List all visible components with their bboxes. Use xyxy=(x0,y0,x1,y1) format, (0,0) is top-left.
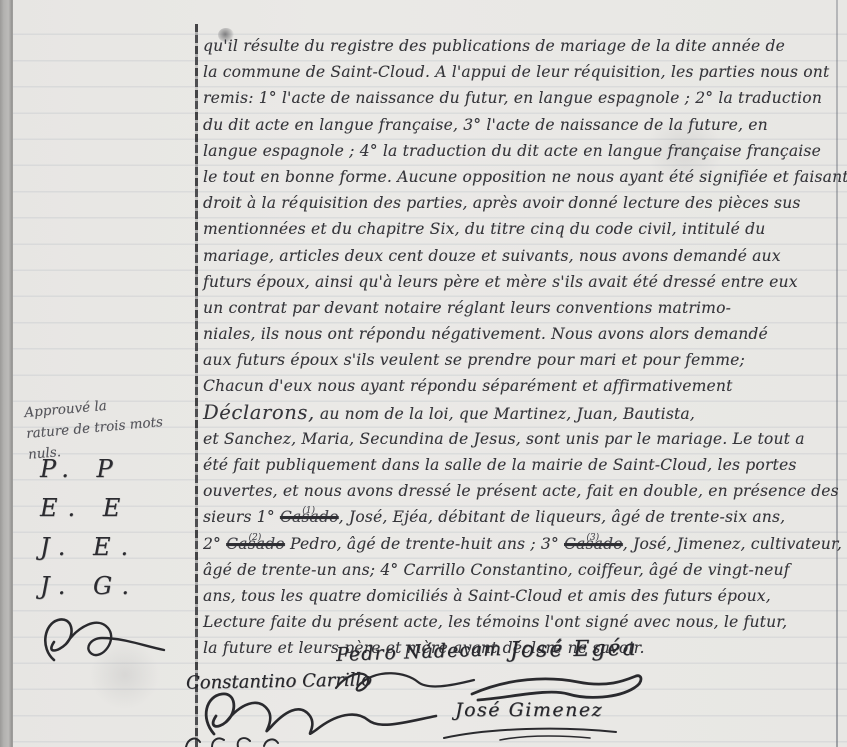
manuscript-text: un contrat par devant notaire réglant le… xyxy=(203,299,731,317)
manuscript-line: remis: 1° l'acte de naissance du futur, … xyxy=(203,85,835,111)
manuscript-line: mentionnées et du chapitre Six, du titre… xyxy=(203,216,835,242)
manuscript-line: 2° Casado(2) Pedro, âgé de trente-huit a… xyxy=(203,531,835,557)
manuscript-line: sieurs 1° Casado(1), José, Ejéa, débitan… xyxy=(203,504,835,530)
manuscript-text: ans, tous les quatre domiciliés à Saint-… xyxy=(203,587,771,605)
manuscript-text: et Sanchez, Maria, Secundina de Jesus, s… xyxy=(203,430,805,448)
manuscript-text: ouvertes, et nous avons dressé le présen… xyxy=(203,482,839,500)
manuscript-line: du dit acte en langue française, 3° l'ac… xyxy=(203,112,835,138)
struck-word: Casado(3) xyxy=(564,535,623,553)
manuscript-line: futurs époux, ainsi qu'à leurs père et m… xyxy=(203,269,835,295)
signature-pedro: Pedro Nádecam xyxy=(336,638,503,666)
manuscript-text: sieurs 1° xyxy=(203,508,280,526)
manuscript-text: Chacun d'eux nous ayant répondu séparéme… xyxy=(203,377,733,395)
manuscript-text: droit à la réquisition des parties, aprè… xyxy=(203,194,801,212)
manuscript-line: et Sanchez, Maria, Secundina de Jesus, s… xyxy=(203,426,835,452)
manuscript-text: le tout en bonne forme. Aucune oppositio… xyxy=(203,168,847,186)
manuscript-line: Déclarons, au nom de la loi, que Martine… xyxy=(203,400,835,426)
manuscript-line: le tout en bonne forme. Aucune oppositio… xyxy=(203,164,835,190)
manuscript-text: mariage, articles deux cent douze et sui… xyxy=(203,247,781,265)
manuscript-text: langue espagnole ; 4° la traduction du d… xyxy=(203,142,821,160)
margin-paraph-flourish xyxy=(32,608,172,678)
manuscript-text: du dit acte en langue française, 3° l'ac… xyxy=(203,116,768,134)
manuscript-line: aux futurs époux s'ils veulent se prendr… xyxy=(203,347,835,373)
manuscript-text: au nom de la loi, que Martinez, Juan, Ba… xyxy=(315,405,695,423)
manuscript-line: la commune de Saint-Cloud. A l'appui de … xyxy=(203,59,835,85)
manuscript-line: un contrat par devant notaire réglant le… xyxy=(203,295,835,321)
manuscript-line: mariage, articles deux cent douze et sui… xyxy=(203,243,835,269)
signature-flourish-egea xyxy=(468,668,648,708)
signature-flourish-gimenez xyxy=(440,724,620,744)
manuscript-text: niales, ils nous ont répondu négativemen… xyxy=(203,325,768,343)
manuscript-text: , José, Ejéa, débitant de liqueurs, âgé … xyxy=(339,508,786,526)
scan-gutter-shadow xyxy=(0,0,13,747)
scanned-register-page: qu'il résulte du registre des publicatio… xyxy=(0,0,847,747)
manuscript-text: la commune de Saint-Cloud. A l'appui de … xyxy=(203,63,829,81)
struck-word: Casado(1) xyxy=(280,508,339,526)
manuscript-line: Lecture faite du présent acte, les témoi… xyxy=(203,609,835,635)
manuscript-text: futurs époux, ainsi qu'à leurs père et m… xyxy=(203,273,798,291)
manuscript-line: niales, ils nous ont répondu négativemen… xyxy=(203,321,835,347)
manuscript-line: ans, tous les quatre domiciliés à Saint-… xyxy=(203,583,835,609)
margin-initial: J. G. xyxy=(40,567,160,606)
manuscript-text: , José, Jimenez, cultivateur, xyxy=(623,535,842,553)
manuscript-text: remis: 1° l'acte de naissance du futur, … xyxy=(203,89,822,107)
cutoff-writing-fragment xyxy=(178,734,288,747)
strike-annotation: (1) xyxy=(302,498,315,524)
manuscript-line: droit à la réquisition des parties, aprè… xyxy=(203,190,835,216)
manuscript-line: Chacun d'eux nous ayant répondu séparéme… xyxy=(203,373,835,399)
margin-initial: J. E. xyxy=(40,528,160,567)
manuscript-line: été fait publiquement dans la salle de l… xyxy=(203,452,835,478)
strike-annotation: (3) xyxy=(586,525,599,551)
manuscript-line: langue espagnole ; 4° la traduction du d… xyxy=(203,138,835,164)
manuscript-text: mentionnées et du chapitre Six, du titre… xyxy=(203,220,765,238)
manuscript-text: âgé de trente-un ans; 4° Carrillo Consta… xyxy=(203,561,790,579)
manuscript-text: Déclarons, xyxy=(203,401,315,424)
page-edge-line xyxy=(836,0,838,747)
manuscript-text: Pedro, âgé de trente-huit ans ; 3° xyxy=(285,535,564,553)
manuscript-text: Lecture faite du présent acte, les témoi… xyxy=(203,613,787,631)
manuscript-text: aux futurs époux s'ils veulent se prendr… xyxy=(203,351,745,369)
margin-initial: P. P xyxy=(40,450,160,489)
strike-annotation: (2) xyxy=(248,525,261,551)
margin-rule-line xyxy=(195,24,198,747)
act-body-lines: qu'il résulte du registre des publicatio… xyxy=(203,33,835,662)
manuscript-line: qu'il résulte du registre des publicatio… xyxy=(203,33,835,59)
manuscript-text: qu'il résulte du registre des publicatio… xyxy=(203,37,785,55)
manuscript-line: ouvertes, et nous avons dressé le présen… xyxy=(203,478,835,504)
manuscript-text: 2° xyxy=(203,535,226,553)
margin-initials: P. PE. EJ. E.J. G. xyxy=(40,450,160,606)
manuscript-line: âgé de trente-un ans; 4° Carrillo Consta… xyxy=(203,557,835,583)
signature-jose-egea: José Egéa xyxy=(510,636,638,663)
margin-initial: E. E xyxy=(40,489,160,528)
struck-word: Casado(2) xyxy=(226,535,285,553)
manuscript-text: été fait publiquement dans la salle de l… xyxy=(203,456,797,474)
